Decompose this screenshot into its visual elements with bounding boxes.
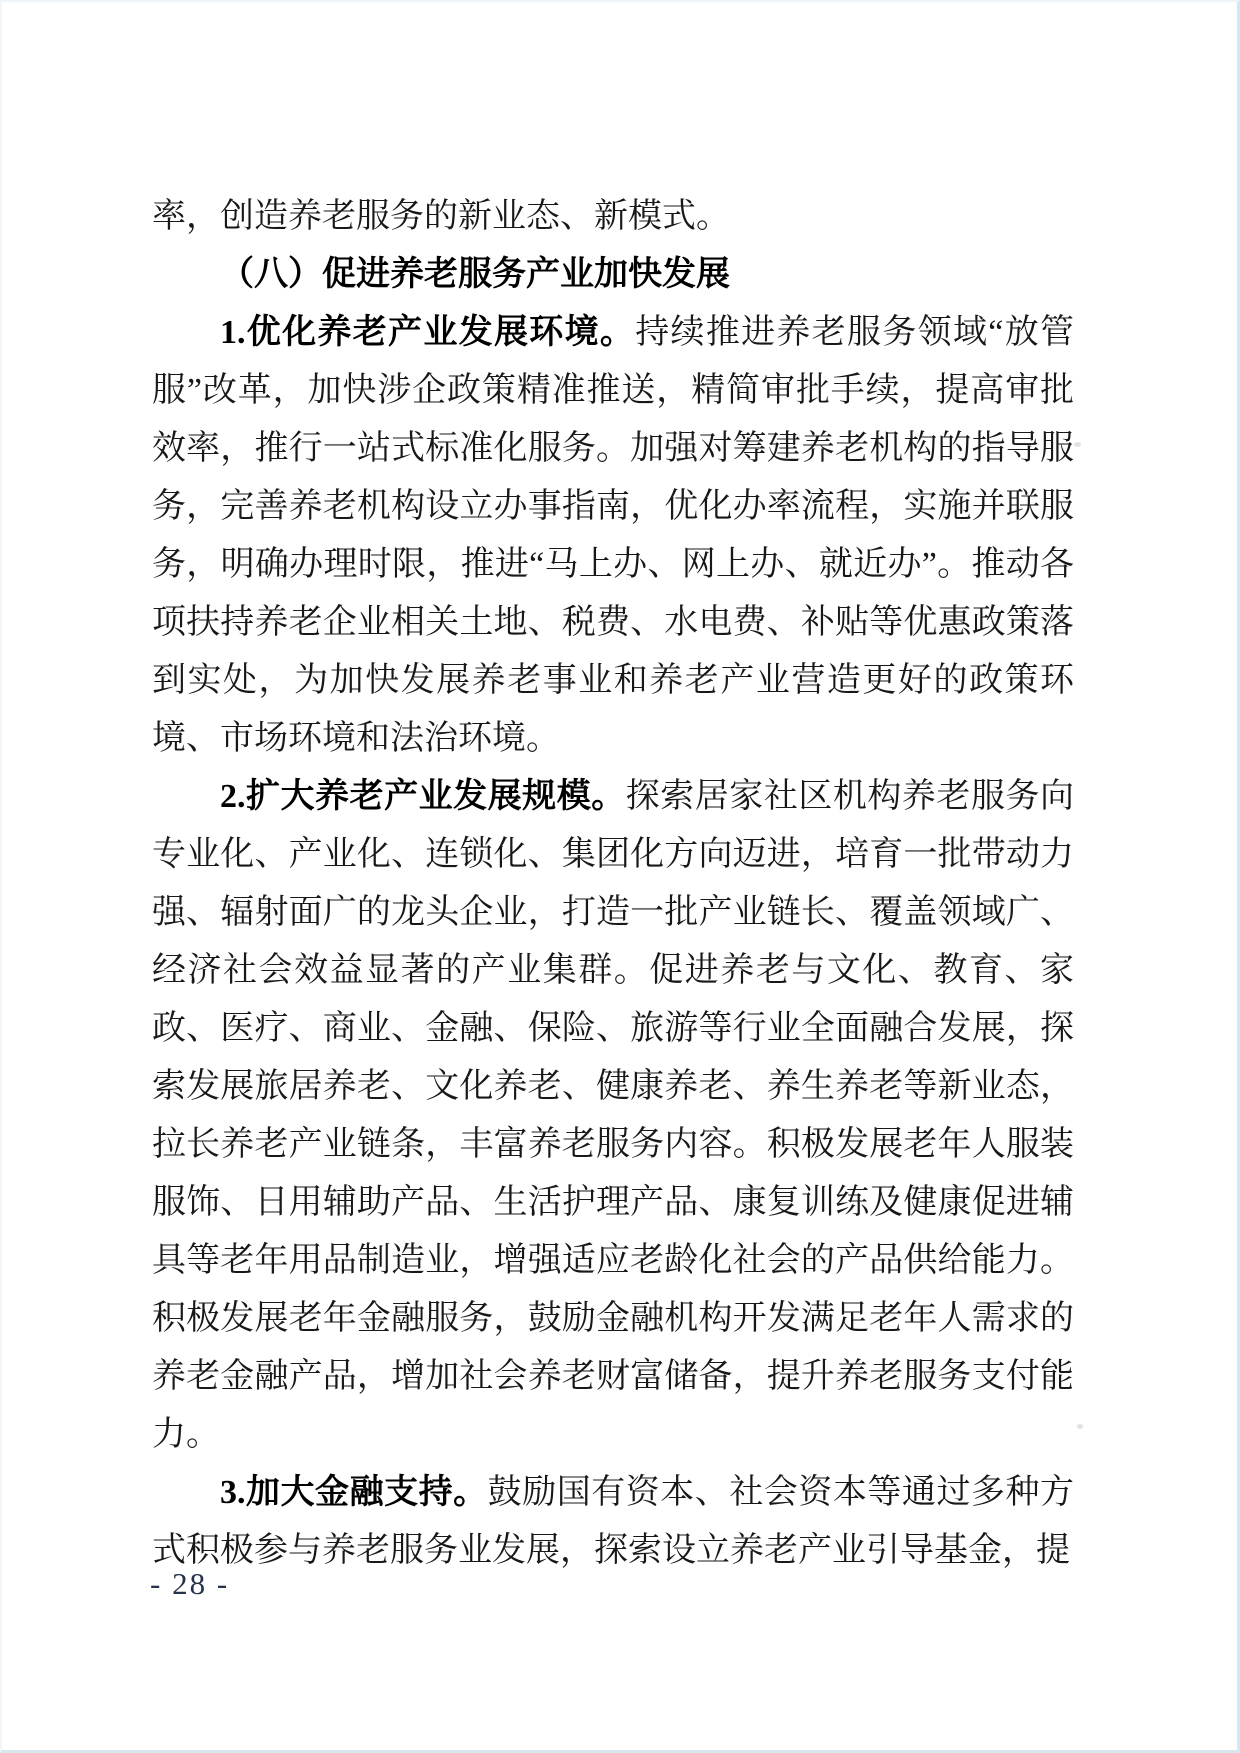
intro-continuation-line: 率，创造养老服务的新业态、新模式。 <box>152 188 1074 246</box>
scan-speck <box>1077 1424 1083 1429</box>
document-page: 率，创造养老服务的新业态、新模式。 （八）促进养老服务产业加快发展 1.优化养老… <box>0 0 1240 1753</box>
paragraph-3-lead: 3.加大金融支持。 <box>220 1474 488 1511</box>
section-heading: （八）促进养老服务产业加快发展 <box>152 246 1074 304</box>
document-body: 率，创造养老服务的新业态、新模式。 （八）促进养老服务产业加快发展 1.优化养老… <box>152 188 1074 1580</box>
page-number: - 28 - <box>150 1564 229 1604</box>
scan-speck <box>1074 442 1081 447</box>
paragraph-2: 2.扩大养老产业发展规模。探索居家社区机构养老服务向专业化、产业化、连锁化、集团… <box>152 768 1074 1464</box>
paragraph-1: 1.优化养老产业发展环境。持续推进养老服务领域“放管服”改革，加快涉企政策精准推… <box>152 304 1074 768</box>
paragraph-1-text: 持续推进养老服务领域“放管服”改革，加快涉企政策精准推送，精简审批手续，提高审批… <box>152 314 1074 757</box>
paragraph-1-lead: 1.优化养老产业发展环境。 <box>220 314 635 351</box>
paragraph-3: 3.加大金融支持。鼓励国有资本、社会资本等通过多种方式积极参与养老服务业发展，探… <box>152 1464 1074 1580</box>
paragraph-2-text: 探索居家社区机构养老服务向专业化、产业化、连锁化、集团化方向迈进，培育一批带动力… <box>152 778 1074 1453</box>
paragraph-2-lead: 2.扩大养老产业发展规模。 <box>220 778 626 815</box>
